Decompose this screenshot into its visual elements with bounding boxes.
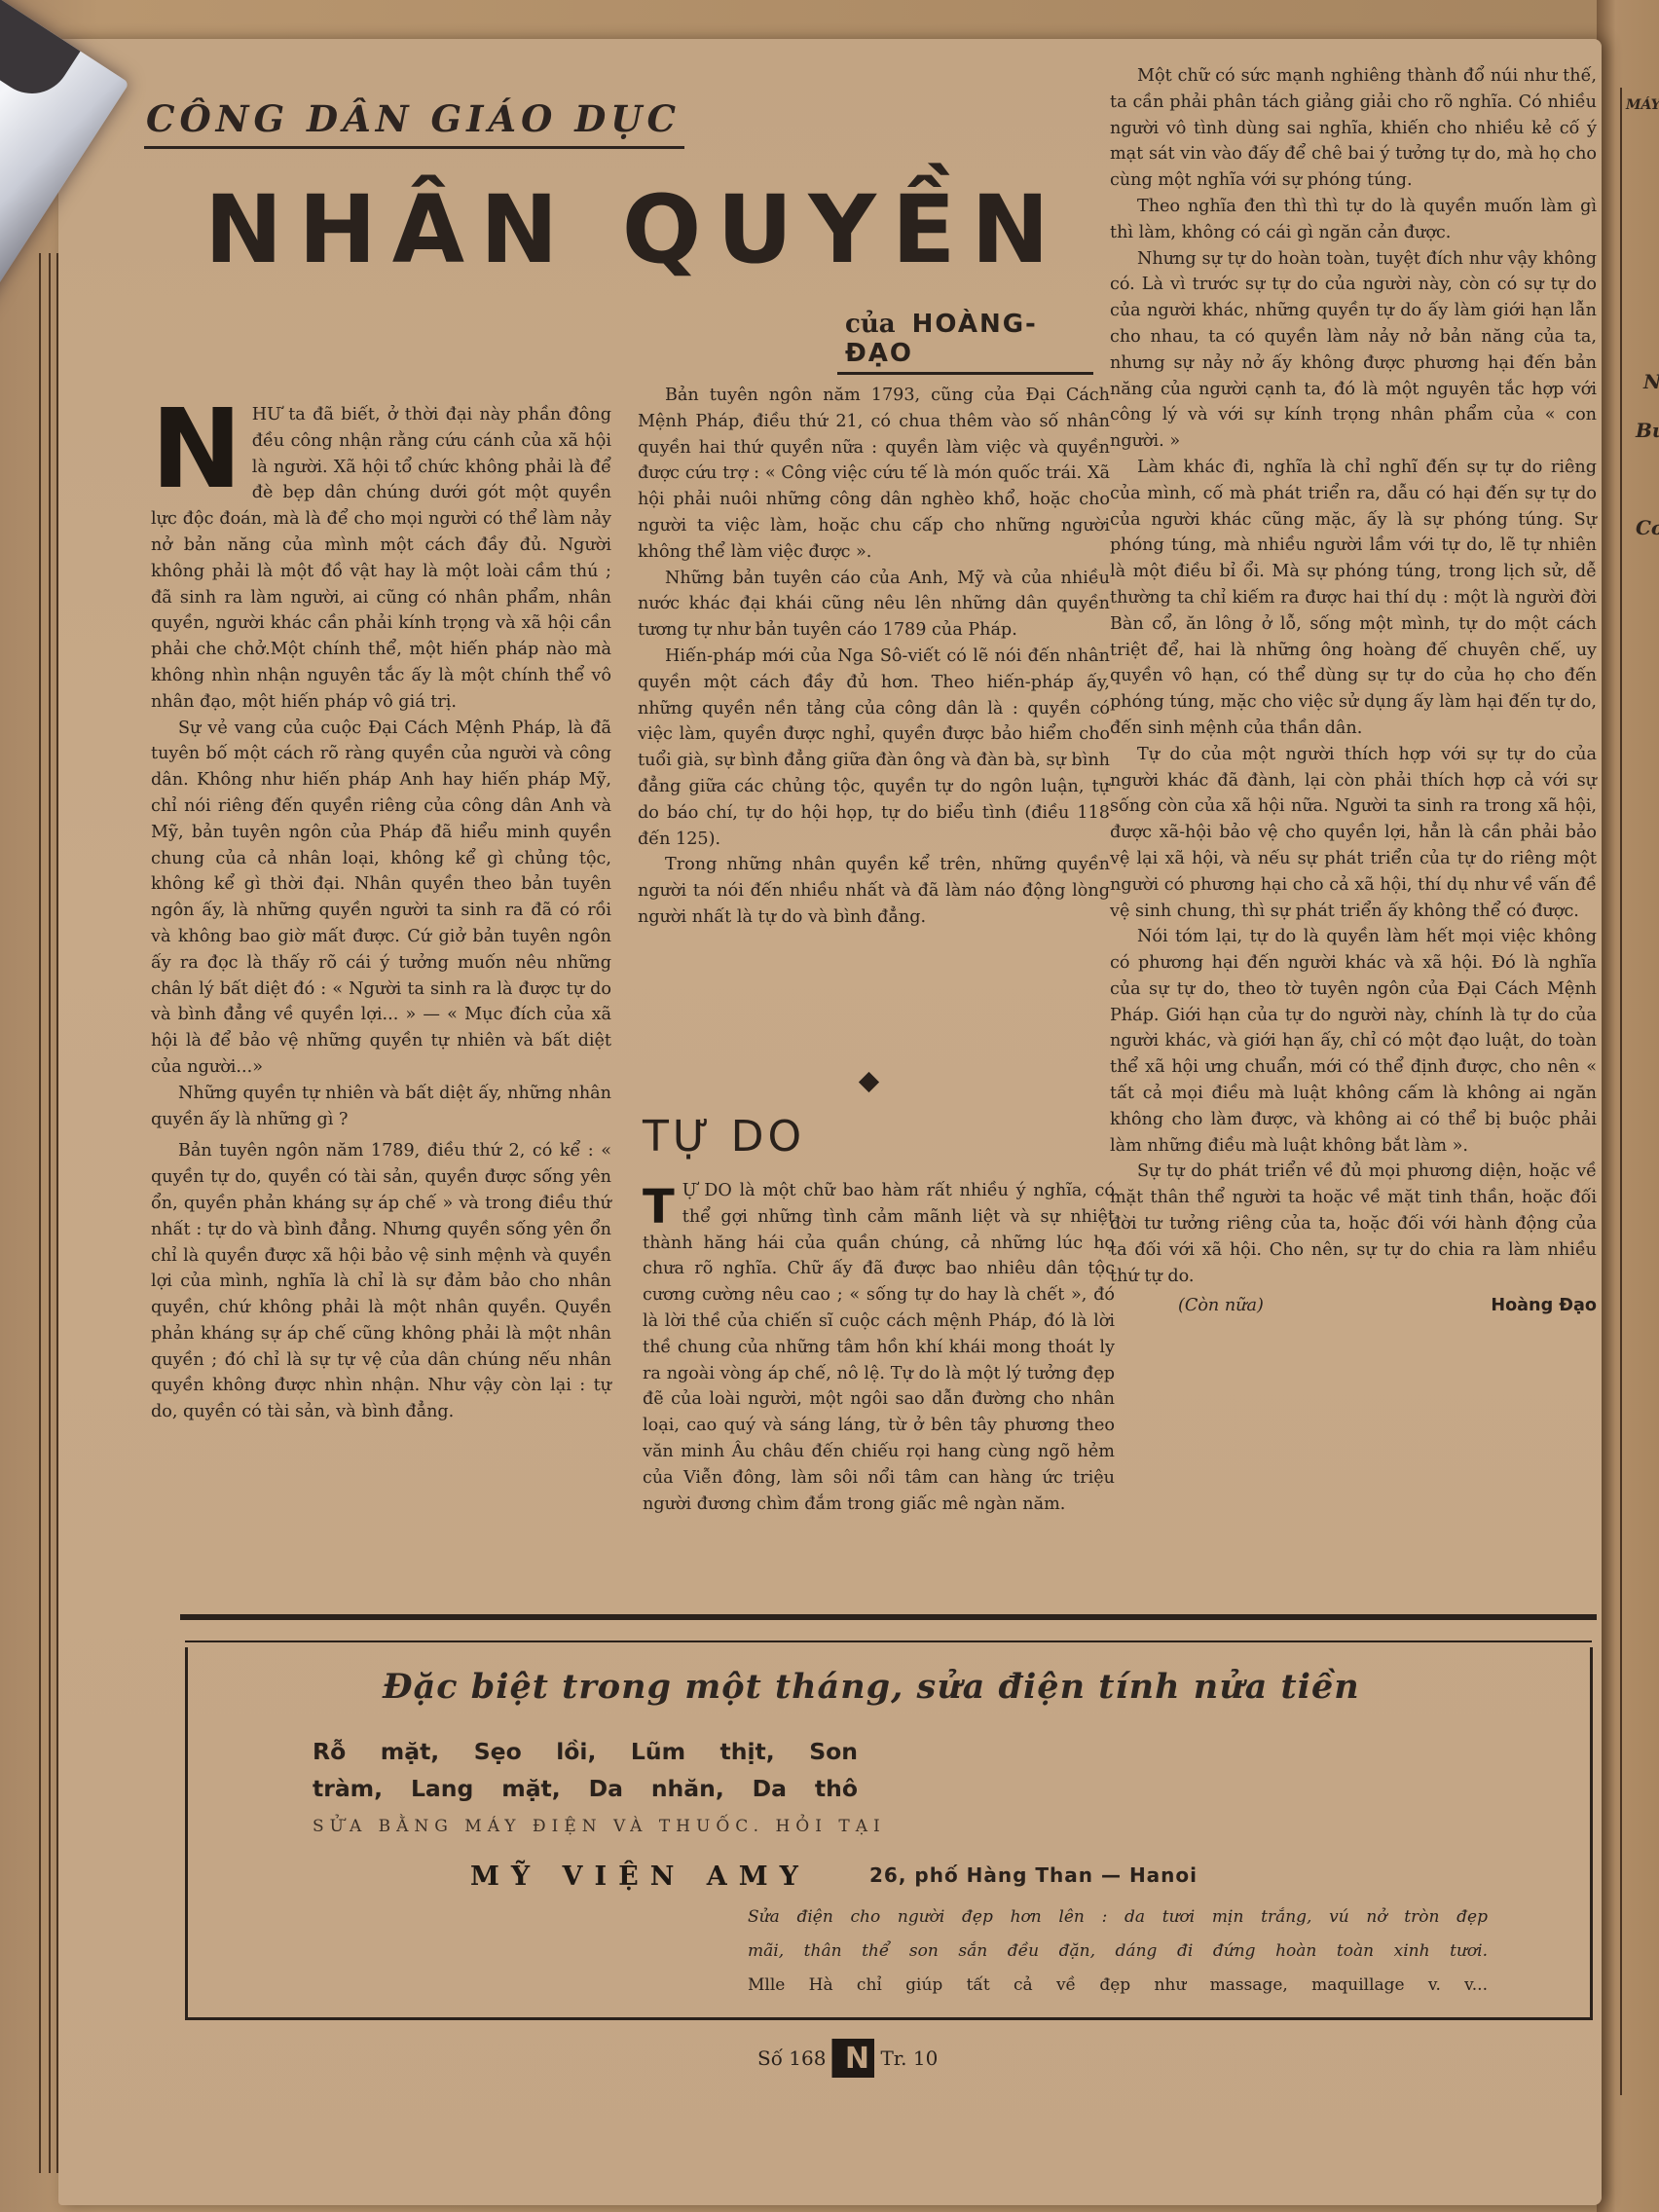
paragraph: Một chữ có sức mạnh nghiêng thành đổ núi… (1110, 63, 1597, 194)
article-column-1: N HƯ ta đã biết, ở thời đại này phần đôn… (151, 402, 611, 1425)
signature: Hoàng Đạo (1491, 1293, 1597, 1319)
paragraph: Ự DO là một chữ bao hàm rất nhiều ý nghĩ… (643, 1178, 1115, 1517)
ad-body-text: Sửa điện cho người đẹp hơn lên : da tươi… (748, 1900, 1488, 2003)
adjacent-page-fragment: Bu (1636, 419, 1659, 442)
ad-body-line: mãi, thân thể son sắn đều đặn, dáng đi đ… (748, 1935, 1488, 1969)
ad-address: 26, phố Hàng Than — Hanoi (869, 1863, 1198, 1887)
paragraph: Sự tự do phát triển về đủ mọi phương diệ… (1110, 1159, 1597, 1289)
ad-call-to-action: SỬA BẰNG MÁY ĐIỆN VÀ THUỐC. HỎI TẠI (313, 1817, 886, 1836)
ad-headline: Đặc biệt trong một tháng, sửa điện tính … (383, 1667, 1360, 1707)
page-stack-edge (49, 253, 51, 2173)
page-footer: Số 168 N Tr. 10 (757, 2039, 938, 2078)
subsection-title: TỰ DO (643, 1112, 805, 1161)
ad-services-line: Rỗ mặt, Sẹo lồi, Lũm thịt, Son (313, 1733, 858, 1770)
article-title: NHÂN QUYỀN (204, 183, 1065, 276)
section-heading: CÔNG DÂN GIÁO DỤC (144, 97, 684, 149)
advertisement-box: Đặc biệt trong một tháng, sửa điện tính … (185, 1647, 1593, 2020)
continued-note: (Còn nữa) (1178, 1296, 1264, 1315)
adjacent-page-fragment: N (1643, 370, 1659, 393)
paragraph: Nhưng sự tự do hoàn toàn, tuyệt đích như… (1110, 246, 1597, 455)
adjacent-page-rule (1620, 88, 1622, 2095)
byline-prefix: của (845, 310, 896, 339)
paragraph: Bản tuyên ngôn năm 1789, điều thứ 2, có … (151, 1138, 611, 1425)
paragraph: Hiến-pháp mới của Nga Sô-viết có lẽ nói … (638, 644, 1110, 852)
paragraph: Những bản tuyên cáo của Anh, Mỹ và của n… (638, 566, 1110, 644)
paragraph: Nói tóm lại, tự do là quyền làm hết mọi … (1110, 924, 1597, 1159)
ad-body-line: Mlle Hà chỉ giúp tất cả về đẹp như massa… (748, 1969, 1488, 2003)
paragraph: Tự do của một người thích hợp với sự tự … (1110, 742, 1597, 925)
adjacent-page-fragment: MÁY (1626, 97, 1659, 113)
paragraph: Theo nghĩa đen thì thì tự do là quyền mu… (1110, 194, 1597, 246)
drop-cap: N (151, 408, 242, 490)
issue-number: Số 168 (757, 2046, 826, 2070)
adjacent-page-fragment: Co (1636, 516, 1659, 539)
paragraph: Sự vẻ vang của cuộc Đại Cách Mệnh Pháp, … (151, 716, 611, 1081)
article-end-line: (Còn nữa) Hoàng Đạo (1110, 1293, 1597, 1319)
drop-cap: T (643, 1188, 675, 1225)
ad-brand-name: MỸ VIỆN AMY (470, 1862, 810, 1892)
article-column-2-subsection: T Ự DO là một chữ bao hàm rất nhiều ý ng… (643, 1178, 1115, 1517)
paragraph: Làm khác đi, nghĩa là chỉ nghĩ đến sự tự… (1110, 455, 1597, 742)
article-column-2: Bản tuyên ngôn năm 1793, cũng của Đại Cá… (638, 383, 1110, 931)
page-stack-edge (39, 253, 41, 2173)
ad-body-line: Sửa điện cho người đẹp hơn lên : da tươi… (748, 1900, 1488, 1935)
paragraph: Trong những nhân quyền kể trên, những qu… (638, 852, 1110, 930)
ad-services-line: tràm, Lang mặt, Da nhăn, Da thô (313, 1770, 858, 1807)
byline: của HOÀNG-ĐẠO (837, 310, 1093, 375)
ad-services-list: Rỗ mặt, Sẹo lồi, Lũm thịt, Son tràm, Lan… (313, 1733, 858, 1807)
page-number: Tr. 10 (880, 2046, 938, 2070)
paragraph: Bản tuyên ngôn năm 1793, cũng của Đại Cá… (638, 383, 1110, 566)
divider-rule (180, 1614, 1597, 1620)
adjacent-page: MÁY N Bu Co (1597, 0, 1659, 2212)
article-column-3: Một chữ có sức mạnh nghiêng thành đổ núi… (1110, 63, 1597, 1319)
paragraph: Những quyền tự nhiên và bất diệt ấy, nhữ… (151, 1081, 611, 1133)
divider-rule (185, 1641, 1592, 1642)
magazine-logo-icon: N (831, 2039, 874, 2078)
